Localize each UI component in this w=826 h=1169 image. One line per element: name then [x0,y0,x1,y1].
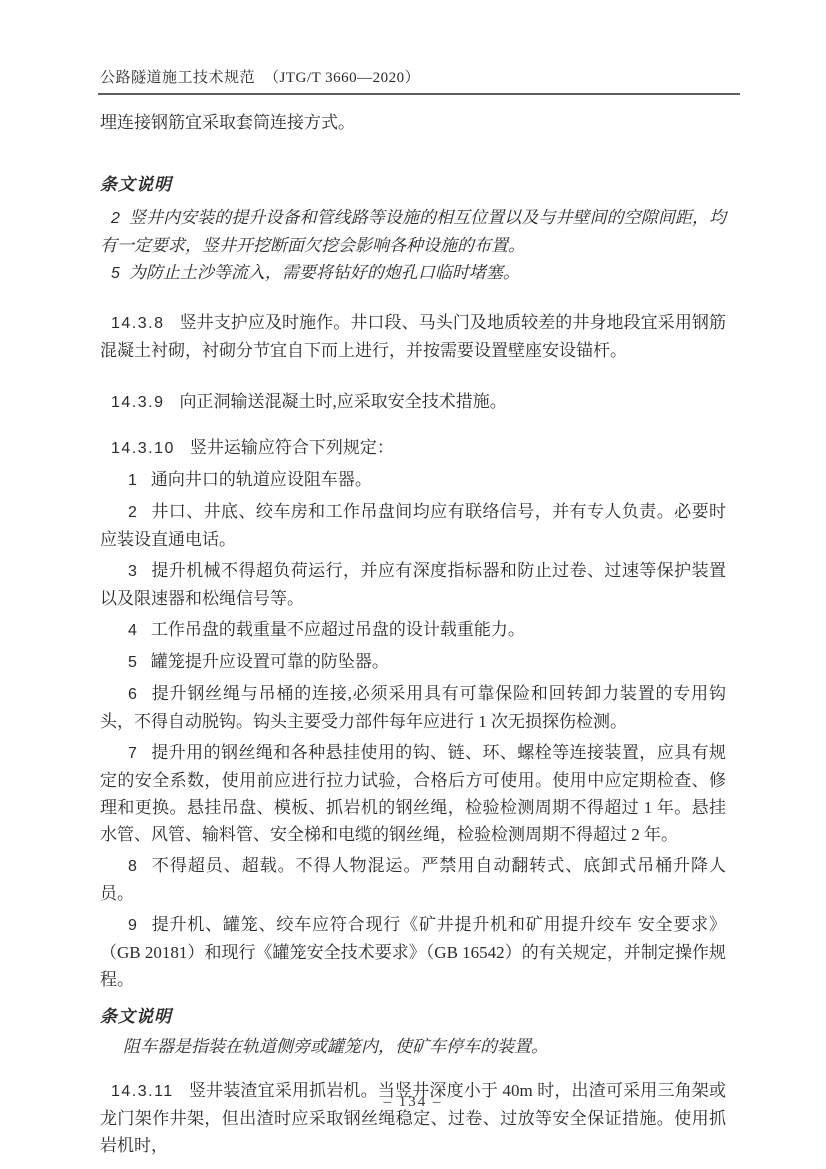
rule-text: 不得超员、超载。不得人物混运。严禁用自动翻转式、底卸式吊桶升降人员。 [100,856,726,903]
rule-text: 提升钢丝绳与吊桶的连接,必须采用具有可靠保险和回转卸力装置的专用钩头，不得自动脱… [100,684,726,731]
note-paragraph: 阻车器是指装在轨道侧旁或罐笼内，使矿车停车的装置。 [100,1033,726,1060]
note-item: 2竖井内安装的提升设备和管线路等设施的相互位置以及与井壁间的空隙间距，均有一定要… [100,204,726,259]
clause-text: 竖井运输应符合下列规定： [190,438,394,457]
clause-14-3-11: 14.3.11竖井装渣宜采用抓岩机。当竖井深度小于 40m 时，出渣可采用三角架… [100,1077,726,1159]
clause-14-3-8: 14.3.8竖井支护应及时施作。井口段、马头门及地质较差的井身地段宜采用钢筋混凝… [100,309,726,364]
page-header: 公路隧道施工技术规范（JTG/T 3660—2020） [0,0,826,95]
intro-paragraph: 埋连接钢筋宜采取套筒连接方式。 [100,109,726,136]
rule-item-7: 7提升用的钢丝绳和各种悬挂使用的钩、链、环、螺栓等连接装置，应具有规定的安全系数… [100,739,726,848]
rule-number: 6 [128,686,137,703]
header-rule [98,93,740,95]
clause-14-3-9: 14.3.9向正洞输送混凝土时,应采取安全技术措施。 [100,388,726,416]
page-footer: – 134 – [0,1092,826,1112]
page-body: 埋连接钢筋宜采取套筒连接方式。 条文说明 2竖井内安装的提升设备和管线路等设施的… [100,109,726,1159]
rule-item-2: 2井口、井底、绞车房和工作吊盘间均应有联络信号，并有专人负责。必要时应装设直通电… [100,498,726,553]
running-head: 公路隧道施工技术规范（JTG/T 3660—2020） [100,70,826,86]
clause-text: 竖井支护应及时施作。井口段、马头门及地质较差的井身地段宜采用钢筋混凝土衬砌，衬砌… [100,313,726,360]
rule-number: 8 [128,858,137,875]
note-item-text: 为防止土沙等流入，需要将钻好的炮孔口临时堵塞。 [129,263,520,282]
rule-number: 9 [128,917,137,934]
document-page: 公路隧道施工技术规范（JTG/T 3660—2020） 埋连接钢筋宜采取套筒连接… [0,0,826,1169]
rule-text: 提升用的钢丝绳和各种悬挂使用的钩、链、环、螺栓等连接装置，应具有规定的安全系数，… [100,743,726,844]
note-item-text: 竖井内安装的提升设备和管线路等设施的相互位置以及与井壁间的空隙间距，均有一定要求… [100,208,726,255]
note-item-number: 2 [111,210,120,227]
rule-text: 提升机械不得超负荷运行，并应有深度指标器和防止过卷、过速等保护装置以及限速器和松… [100,561,726,608]
rule-item-6: 6提升钢丝绳与吊桶的连接,必须采用具有可靠保险和回转卸力装置的专用钩头，不得自动… [100,680,726,735]
rule-item-8: 8不得超员、超载。不得人物混运。严禁用自动翻转式、底卸式吊桶升降人员。 [100,852,726,907]
rule-item-1: 1通向井口的轨道应设阻车器。 [100,466,726,494]
note-item-number: 5 [111,265,120,282]
clause-number: 14.3.10 [111,440,175,457]
rule-number: 7 [128,745,137,762]
notes-heading-2: 条文说明 [100,1005,726,1029]
clause-number: 14.3.8 [111,315,164,332]
rule-item-3: 3提升机械不得超负荷运行，并应有深度指标器和防止过卷、过速等保护装置以及限速器和… [100,557,726,612]
clause-text: 向正洞输送混凝土时,应采取安全技术措施。 [179,392,506,411]
clause-number: 14.3.9 [111,394,164,411]
rule-number: 4 [128,622,137,639]
rule-number: 3 [128,563,137,580]
rule-number: 1 [128,472,137,489]
rule-text: 通向井口的轨道应设阻车器。 [151,470,372,489]
notes-heading-1: 条文说明 [100,173,726,197]
rule-text: 提升机、罐笼、绞车应符合现行《矿井提升机和矿用提升绞车 安全要求》（GB 201… [100,915,726,989]
rule-item-4: 4工作吊盘的载重量不应超过吊盘的设计载重能力。 [100,616,726,644]
standard-code: （JTG/T 3660—2020） [264,70,420,86]
rule-number: 2 [128,504,137,521]
note-item: 5为防止土沙等流入，需要将钻好的炮孔口临时堵塞。 [100,259,726,287]
clause-14-3-10: 14.3.10竖井运输应符合下列规定： [100,434,726,462]
rule-text: 工作吊盘的载重量不应超过吊盘的设计载重能力。 [151,620,525,639]
rule-item-5: 5罐笼提升应设置可靠的防坠器。 [100,648,726,676]
document-title: 公路隧道施工技术规范 [100,70,255,86]
rule-text: 井口、井底、绞车房和工作吊盘间均应有联络信号，并有专人负责。必要时应装设直通电话… [100,502,726,549]
rule-item-9: 9提升机、罐笼、绞车应符合现行《矿井提升机和矿用提升绞车 安全要求》（GB 20… [100,911,726,993]
rule-number: 5 [128,654,137,671]
rule-text: 罐笼提升应设置可靠的防坠器。 [151,652,389,671]
page-number: – 134 – [384,1094,443,1110]
